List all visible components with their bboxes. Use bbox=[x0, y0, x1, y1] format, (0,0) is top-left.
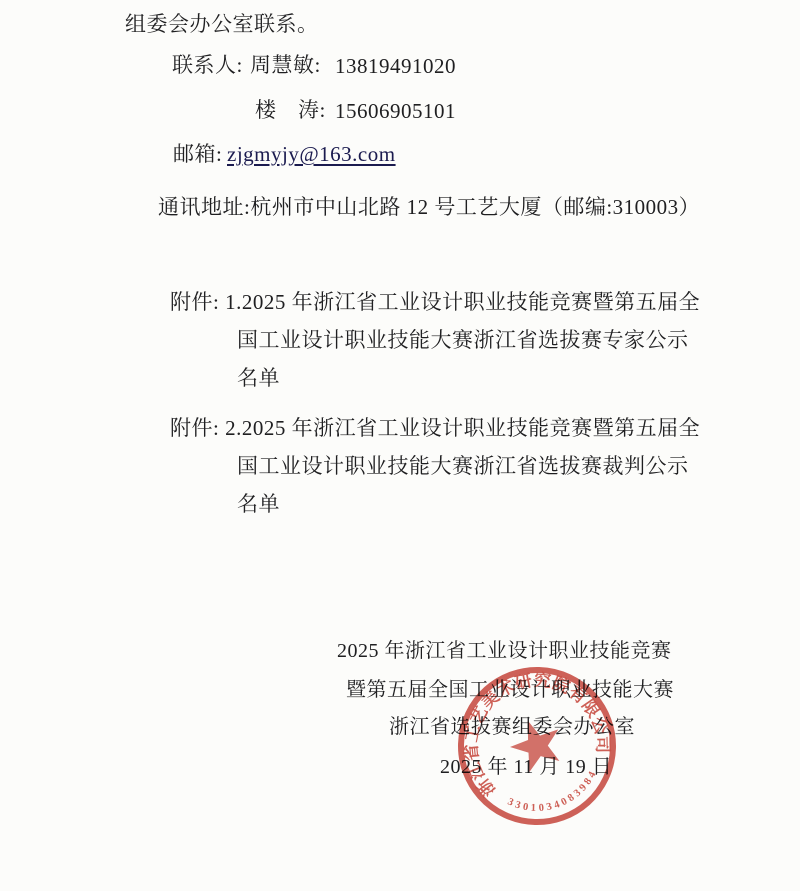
contact-phone-2: 15606905101 bbox=[335, 100, 456, 123]
postal-line: 通讯地址:杭州市中山北路 12 号工艺大厦（邮编:310003） bbox=[158, 196, 700, 219]
attachment-1-line2: 国工业设计职业技能大赛浙江省选拔赛专家公示 bbox=[237, 329, 689, 352]
attachment-2-label: 附件: bbox=[170, 416, 219, 440]
contact-name-2: 楼 涛: bbox=[255, 99, 326, 122]
attachment-2-title-part1: 2.2025 年浙江省工业设计职业技能竞赛暨第五届全 bbox=[225, 416, 700, 440]
postal-label: 通讯地址: bbox=[158, 195, 250, 219]
contact-label: 联系人: bbox=[172, 54, 243, 77]
intro-line: 组委会办公室联系。 bbox=[125, 13, 319, 36]
attachment-1-line3: 名单 bbox=[237, 367, 280, 390]
attachment-2-line1: 附件: 2.2025 年浙江省工业设计职业技能竞赛暨第五届全 bbox=[170, 417, 700, 440]
attachment-2-line3: 名单 bbox=[237, 493, 280, 516]
seal-star-icon bbox=[504, 712, 569, 775]
email-label: 邮箱: bbox=[173, 143, 222, 166]
official-seal: 浙江省工艺美术研究院有限公司 3301034083984 bbox=[437, 646, 637, 846]
postal-value: 杭州市中山北路 12 号工艺大厦（邮编:310003） bbox=[250, 195, 700, 219]
contact-name-1: 周慧敏: bbox=[250, 54, 321, 77]
attachment-1-label: 附件: bbox=[170, 290, 219, 314]
attachment-1-title-part1: 1.2025 年浙江省工业设计职业技能竞赛暨第五届全 bbox=[225, 290, 700, 314]
contact-phone-1: 13819491020 bbox=[335, 55, 456, 78]
email-link[interactable]: zjgmyjy@163.com bbox=[227, 143, 396, 166]
attachment-1-line1: 附件: 1.2025 年浙江省工业设计职业技能竞赛暨第五届全 bbox=[170, 291, 700, 314]
attachment-2-line2: 国工业设计职业技能大赛浙江省选拔赛裁判公示 bbox=[237, 455, 689, 478]
scanned-document-page: 组委会办公室联系。 联系人: 周慧敏: 13819491020 楼 涛: 156… bbox=[0, 0, 800, 891]
